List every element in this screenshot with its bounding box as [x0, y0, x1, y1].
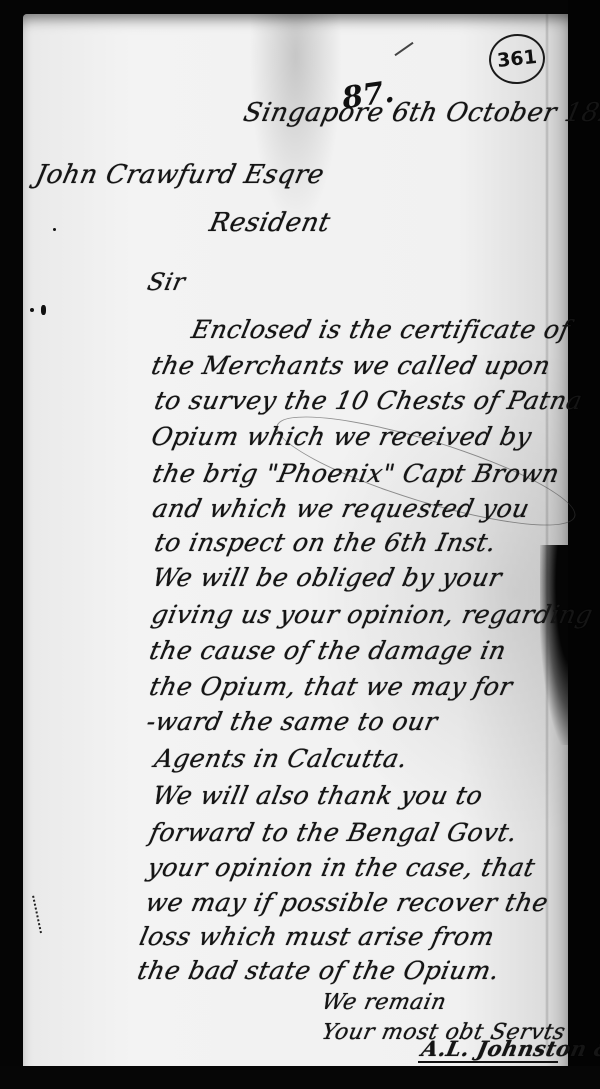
body-line: we may if possible recover the — [143, 888, 551, 917]
body-line: to inspect on the 6th Inst. — [152, 528, 499, 557]
body-line: the brig "Phoenix" Capt Brown — [150, 459, 562, 488]
dateline: Singapore 6th October 1823 — [241, 98, 600, 128]
scanned-document: 87. 361 Singapore 6th October 1823 John … — [0, 0, 600, 1089]
body-line: and which we requested you — [150, 494, 532, 523]
body-line: the Merchants we called upon — [149, 351, 553, 380]
margin-mark — [41, 305, 46, 315]
closing-remain: We remain — [319, 990, 448, 1015]
body-line: to survey the 10 Chests of Patna — [152, 386, 585, 415]
addressee-title: Resident — [207, 208, 333, 238]
salutation: Sir — [145, 268, 188, 296]
body-line: the cause of the damage in — [147, 636, 509, 665]
signature: A.L. Johnston & Co — [419, 1036, 600, 1061]
body-line: -ward the same to our — [144, 707, 441, 736]
body-line: your opinion in the case, that — [145, 853, 538, 882]
body-line: forward to the Bengal Govt. — [147, 818, 520, 847]
margin-dot — [30, 308, 34, 312]
body-line: the bad state of the Opium. — [135, 956, 502, 985]
body-line: Enclosed is the certificate of — [189, 315, 573, 344]
scan-bottom-border — [0, 1066, 600, 1089]
signature-underline — [418, 1061, 558, 1063]
body-line: loss which must arise from — [137, 922, 497, 951]
scan-right-border — [568, 0, 600, 1089]
body-line: Opium which we received by — [149, 422, 535, 451]
body-line: We will be obliged by your — [150, 563, 505, 592]
addressee-name: John Crawfurd Esqre — [33, 160, 327, 190]
body-line: giving us your opinion, regarding — [149, 600, 596, 629]
ink-dot — [53, 228, 56, 231]
archive-page-number-text: 361 — [496, 46, 538, 72]
body-line: the Opium, that we may for — [147, 672, 515, 701]
body-line: Agents in Calcutta. — [152, 744, 411, 773]
body-line: We will also thank you to — [150, 781, 486, 810]
